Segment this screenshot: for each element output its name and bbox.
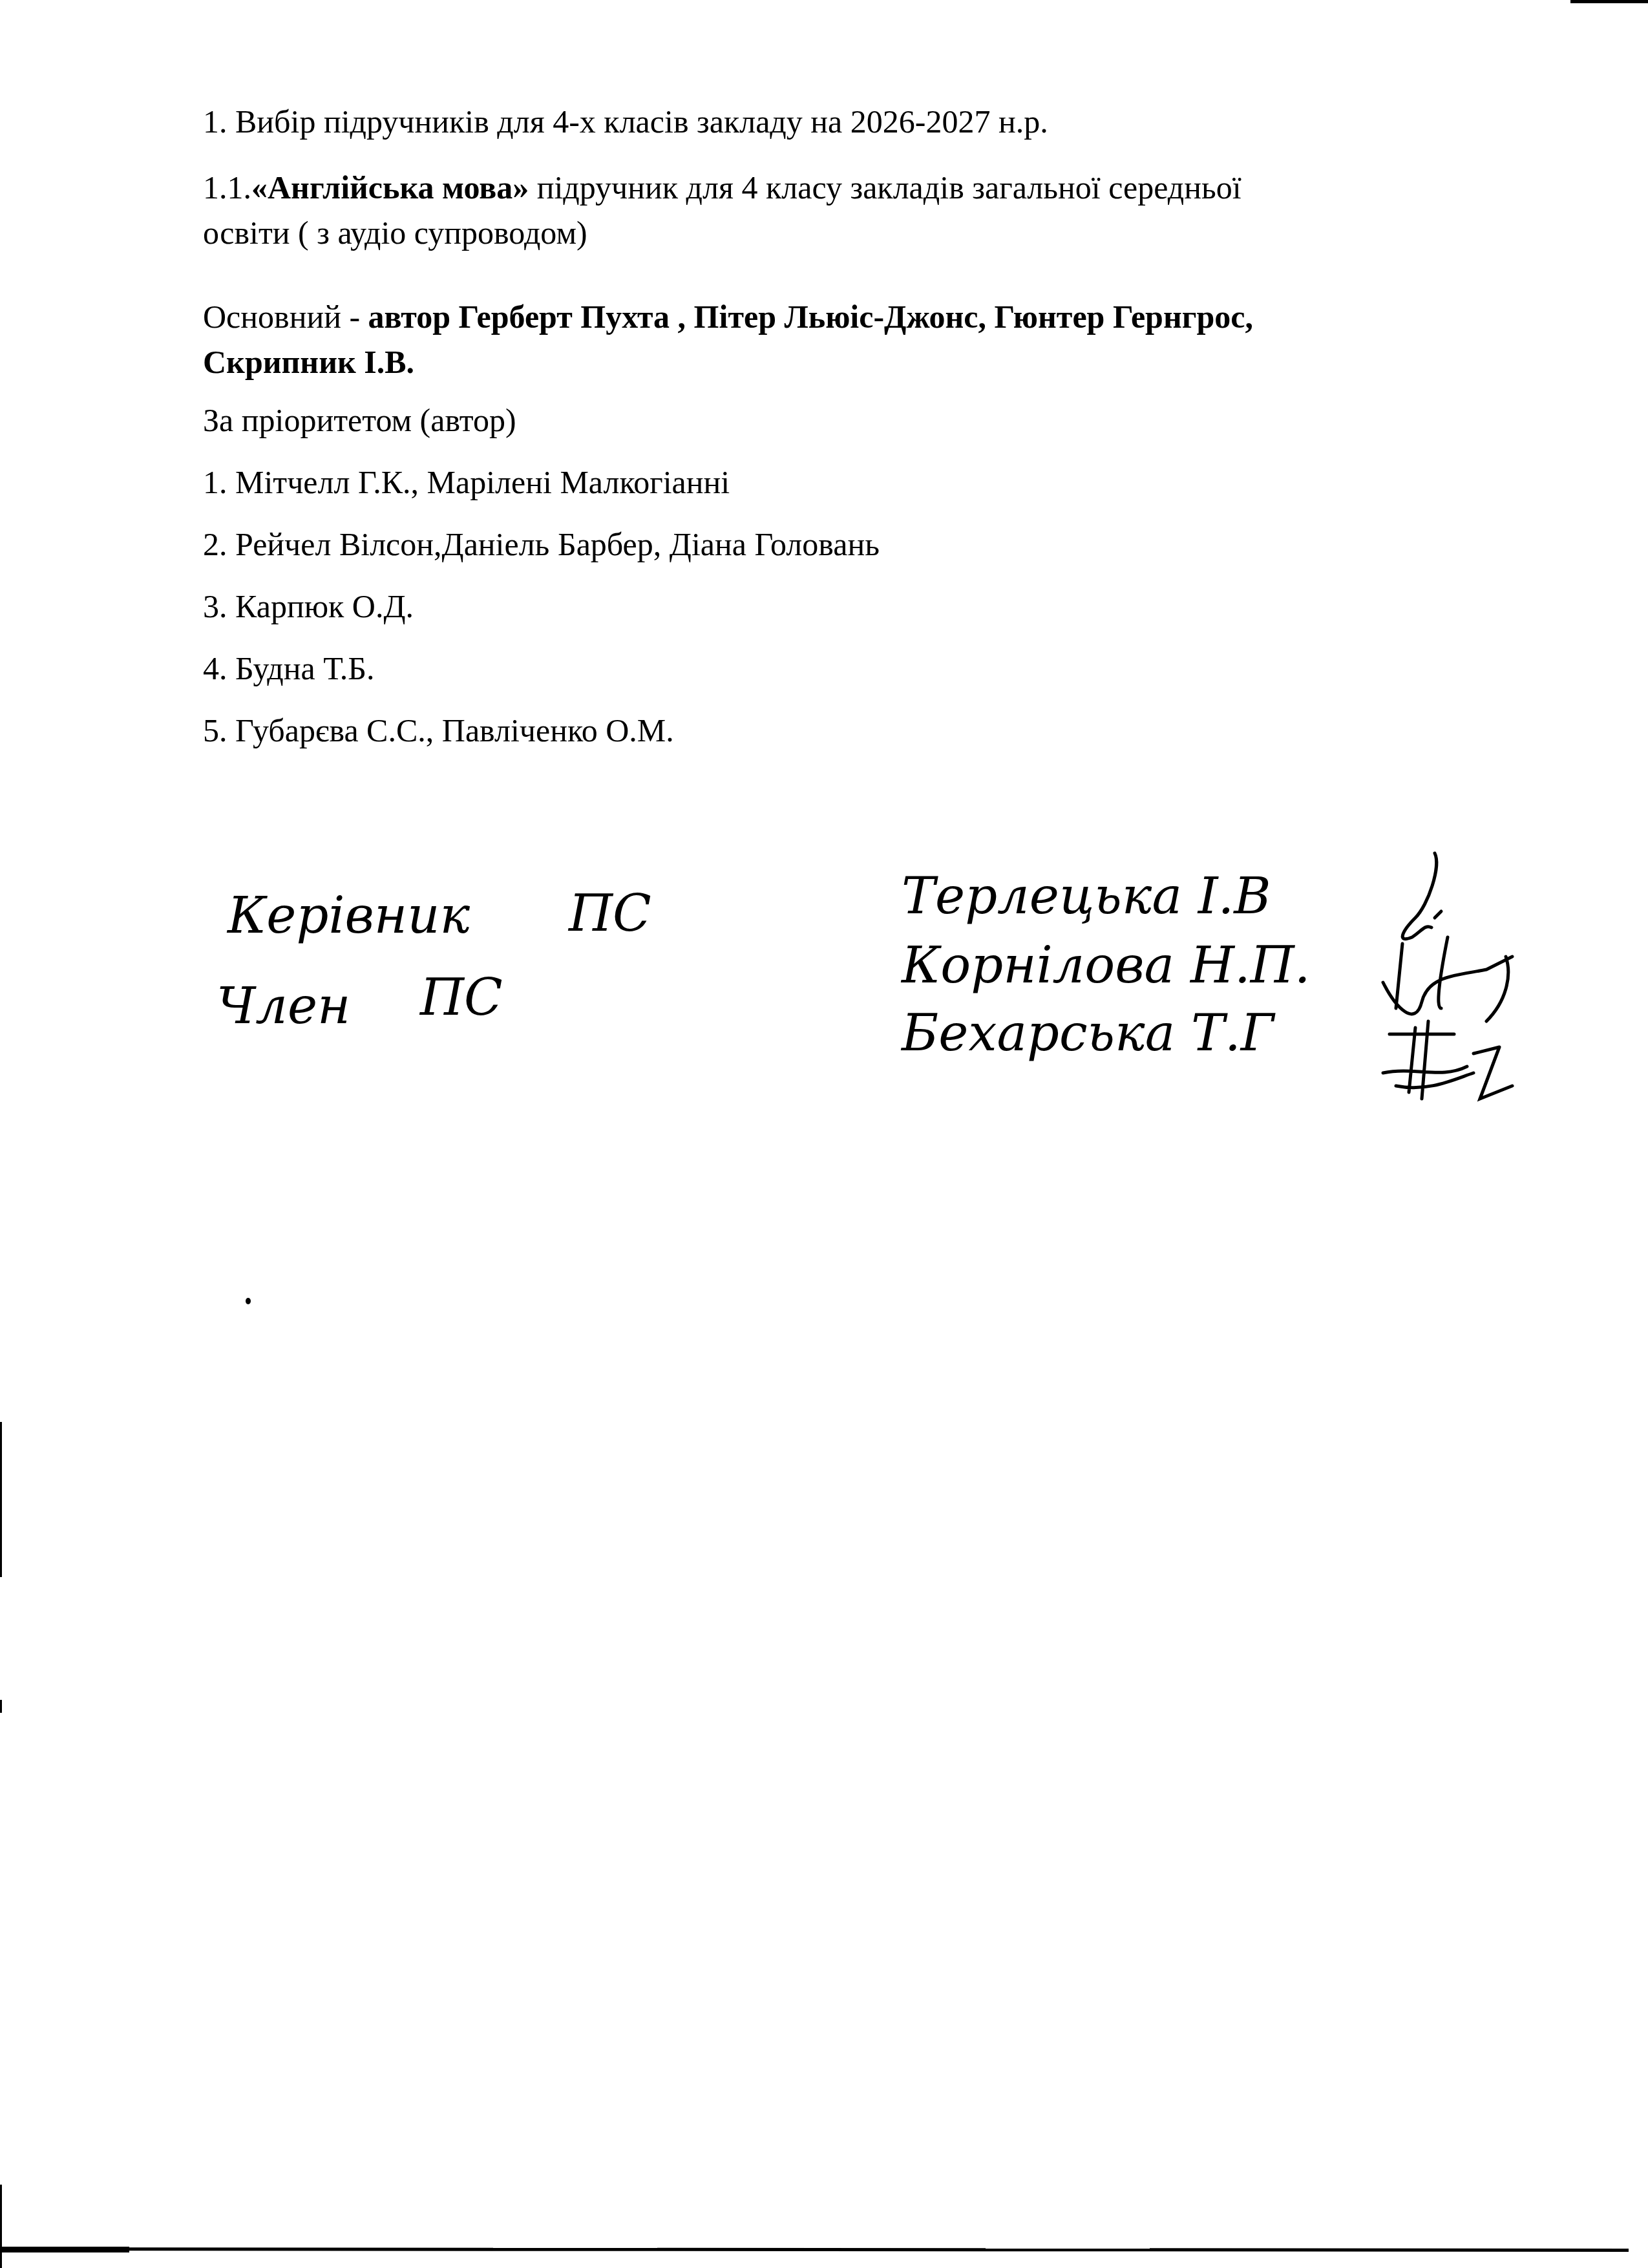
scanned-document-page: 1. Вибір підручників для 4-х класів закл… [0, 0, 1648, 2268]
handwritten-role-head: Керівник [227, 891, 470, 941]
main-choice-label: Основний - [203, 299, 368, 335]
priority-heading: За пріоритетом (автор) [203, 404, 516, 436]
scan-edge-artifact [0, 2185, 2, 2268]
scan-edge-artifact [0, 1700, 2, 1713]
scan-edge-artifact [1570, 0, 1648, 3]
priority-item: 2. Рейчел Вілсон,Даніель Барбер, Діана Г… [203, 528, 880, 560]
handwritten-group-head: ПС [569, 889, 651, 939]
subsection-line-2: освіти ( з аудіо супроводом) [203, 217, 587, 249]
subject-title: «Англійська мова» [251, 169, 529, 206]
subsection-line-1: 1.1.«Англійська мова» підручник для 4 кл… [203, 171, 1241, 204]
main-choice-authors: автор Герберт Пухта , Пітер Льюіс-Джонс,… [368, 299, 1253, 335]
handwritten-group-member: ПС [420, 973, 503, 1023]
priority-item: 4. Будна Т.Б. [203, 652, 374, 684]
scan-edge-artifact [0, 2247, 1629, 2252]
signature-scribble-3 [1377, 1008, 1583, 1112]
handwritten-role-member: Член [217, 981, 351, 1032]
scan-edge-artifact [0, 1422, 2, 1577]
subsection-number: 1.1. [203, 169, 251, 206]
document-heading: 1. Вибір підручників для 4-х класів закл… [203, 105, 1048, 138]
priority-item: 5. Губарєва С.С., Павліченко О.М. [203, 714, 674, 747]
priority-item: 1. Мітчелл Г.К., Марілені Малкогіанні [203, 466, 730, 498]
handwritten-name: Бехарська Т.Г [902, 1008, 1274, 1059]
main-choice-line-2: Скрипник І.В. [203, 346, 414, 378]
main-choice-line-1: Основний - автор Герберт Пухта , Пітер Л… [203, 301, 1253, 333]
subsection-description: підручник для 4 класу закладів загальної… [529, 169, 1241, 206]
handwritten-name: Терлецька І.В [902, 871, 1271, 922]
priority-item: 3. Карпюк О.Д. [203, 590, 414, 622]
stray-dot [246, 1298, 251, 1304]
handwritten-name: Корнілова Н.П. [902, 940, 1311, 991]
